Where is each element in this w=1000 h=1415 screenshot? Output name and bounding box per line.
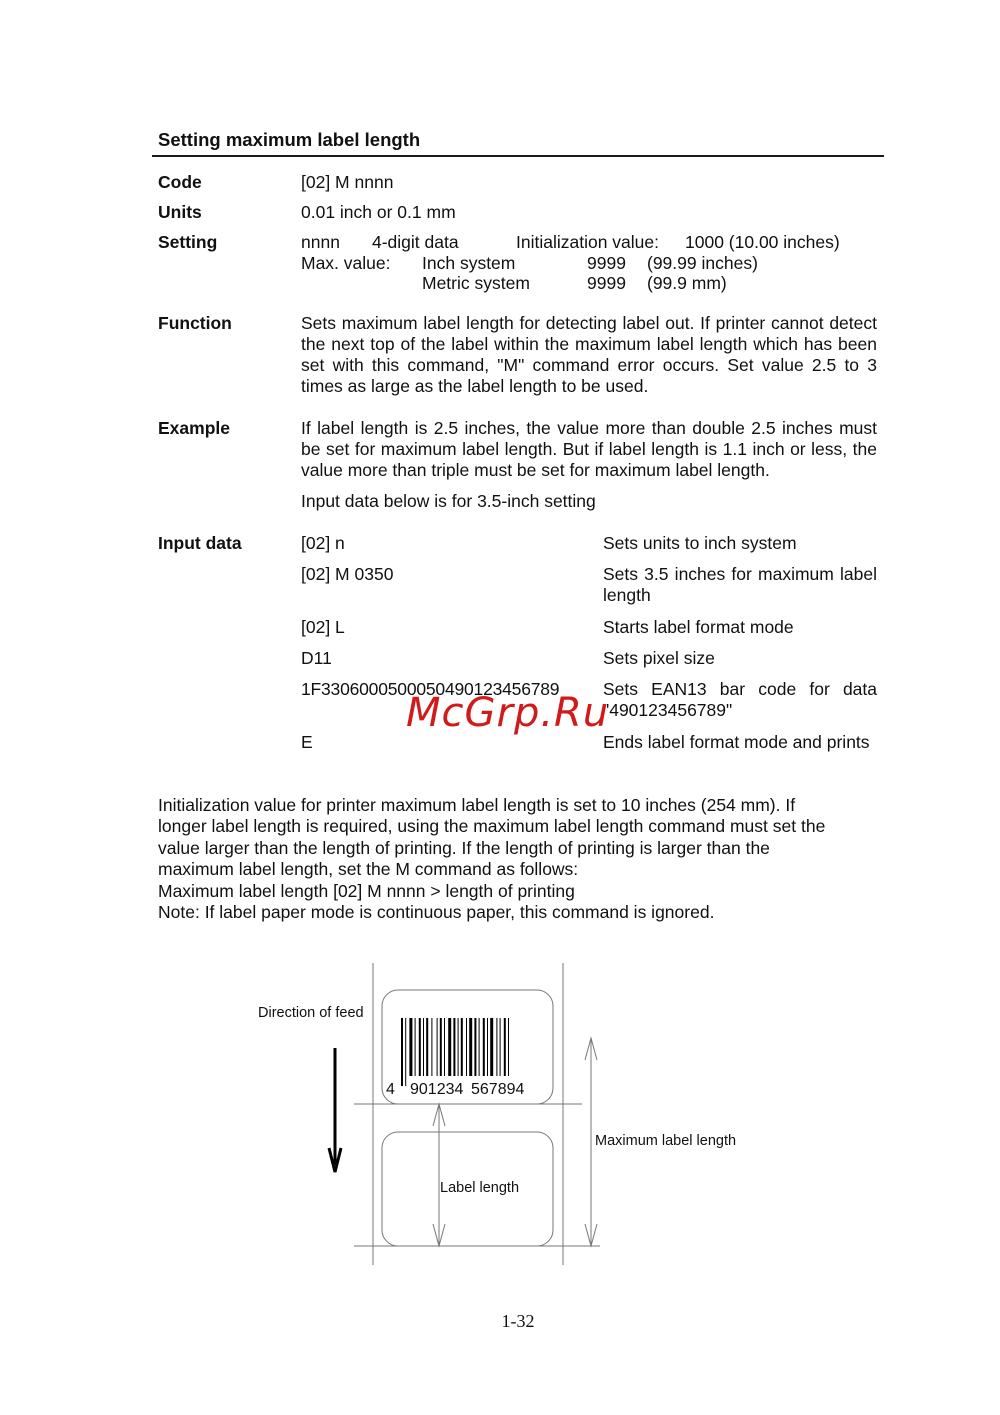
notes-line: Initialization value for printer maximum… [158,795,888,816]
feed-direction-arrow-icon [329,1048,341,1172]
input-description: Sets 3.5 inches for maximum label length [603,564,877,606]
notes-line: Maximum label length [02] M nnnn > lengt… [158,881,888,902]
input-command: [02] n [301,533,345,554]
notes-line: value larger than the length of printing… [158,838,888,859]
barcode-digit-first: 4 [386,1081,395,1099]
ean13-barcode [401,1018,509,1086]
setting-max-label: Max. value: [301,253,390,274]
example-note: Input data below is for 3.5-inch setting [301,491,596,512]
setting-max-system: Inch system [422,253,515,274]
example-label: Example [158,418,230,439]
setting-param: nnnn [301,232,340,253]
setting-max-value: 9999 [587,253,626,274]
arrowhead-down-icon [433,1224,445,1246]
setting-init-label: Initialization value: [516,232,659,253]
setting-init-value: 1000 (10.00 inches) [685,232,840,253]
section-title: Setting maximum label length [158,129,420,151]
input-description: Sets units to inch system [603,533,877,554]
input-description: Ends label format mode and prints [603,732,877,753]
notes-line: longer label length is required, using t… [158,816,888,837]
example-text: If label length is 2.5 inches, the value… [301,418,877,481]
input-command: E [301,732,313,753]
code-value: [02] M nnnn [301,172,393,193]
input-command: [02] L [301,617,345,638]
units-label: Units [158,202,202,223]
setting-label: Setting [158,232,217,253]
setting-max-note: (99.9 mm) [647,273,727,294]
input-description: Sets EAN13 bar code for data "4901234567… [603,679,877,721]
barcode-digits-right: 567894 [471,1081,524,1099]
watermark: McGrp.Ru [406,690,609,736]
notes-line: Note: If label paper mode is continuous … [158,902,888,923]
setting-max-value: 9999 [587,273,626,294]
label-length-text: Label length [440,1180,519,1196]
max-label-length-text: Maximum label length [595,1133,736,1149]
direction-of-feed-text: Direction of feed [258,1005,364,1021]
setting-max-note: (99.99 inches) [647,253,758,274]
input-description: Sets pixel size [603,648,877,669]
function-text: Sets maximum label length for detecting … [301,313,877,397]
barcode-digits-left: 901234 [410,1081,463,1099]
page-number: 1-32 [0,1311,1000,1332]
code-label: Code [158,172,202,193]
heading-divider [152,155,884,157]
label-1-outline [382,990,553,1104]
setting-param-desc: 4-digit data [372,232,459,253]
input-command: [02] M 0350 [301,564,393,585]
function-label: Function [158,313,232,334]
arrowhead-up-icon [585,1038,597,1060]
arrowhead-down-icon [585,1224,597,1246]
notes-line: maximum label length, set the M command … [158,859,888,880]
setting-max-system: Metric system [422,273,530,294]
input-data-label: Input data [158,533,242,554]
input-command: D11 [301,648,332,669]
input-description: Starts label format mode [603,617,877,638]
units-value: 0.01 inch or 0.1 mm [301,202,456,223]
arrowhead-up-icon [433,1104,445,1126]
notes-paragraph: Initialization value for printer maximum… [158,795,888,923]
